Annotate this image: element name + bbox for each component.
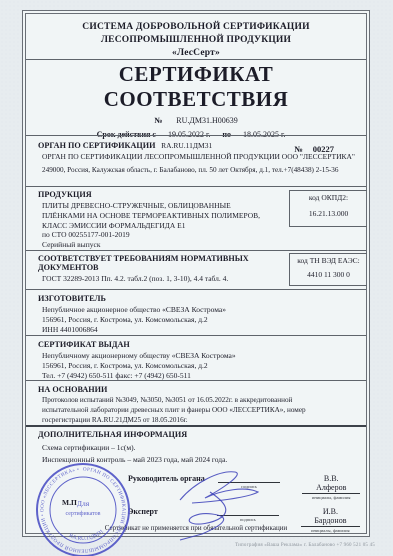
org-heading-row: ОРГАН ПО СЕРТИФИКАЦИИ RA.RU.11ДМ31 xyxy=(38,141,360,150)
tnved-code-label: код ТН ВЭД ЕАЭС: xyxy=(291,256,366,265)
product-description: ПЛИТЫ ДРЕВЕСНО-СТРУЖЕЧНЫЕ, ОБЛИЦОВАННЫЕ … xyxy=(38,201,288,250)
tnved-code-box: код ТН ВЭД ЕАЭС: 4410 11 300 0 xyxy=(289,253,367,286)
head-name: В.В. Алферов xyxy=(302,474,360,494)
certification-system-header: СИСТЕМА ДОБРОВОЛЬНОЙ СЕРТИФИКАЦИИ ЛЕСОПР… xyxy=(26,14,366,59)
head-label: Руководитель органа xyxy=(128,474,218,483)
head-signature-line: подпись xyxy=(218,474,281,489)
system-name-line2: ЛЕСОПРОМЫШЛЕННОЙ ПРОДУКЦИИ xyxy=(26,34,366,47)
certificate-number: RU.ДМ31.Н00639 xyxy=(176,116,237,125)
product-release-type: Серийный выпуск xyxy=(42,240,288,250)
manufacturer-name: Непубличное акционерное общество «СВЕЗА … xyxy=(42,305,360,315)
product-line3: КЛАСС ЭМИССИИ ФОРМАЛЬДЕГИДА Е1 xyxy=(42,221,288,231)
basis-line2: испытательной лаборатории древесных плит… xyxy=(42,406,360,416)
product-standard: по СТО 00255177-001-2019 xyxy=(42,230,288,240)
okpd2-code-box: код ОКПД2: 16.21.13.000 xyxy=(289,190,367,227)
manufacturer-address: 156961, Россия, г. Кострома, ул. Комсомо… xyxy=(42,315,360,325)
certification-body-section: ОРГАН ПО СЕРТИФИКАЦИИ RA.RU.11ДМ31 ОРГАН… xyxy=(26,135,366,186)
product-section: ПРОДУКЦИЯ ПЛИТЫ ДРЕВЕСНО-СТРУЖЕЧНЫЕ, ОБЛ… xyxy=(26,186,366,250)
product-line2: ПЛЁНКАМИ НА ОСНОВЕ ТЕРМОРЕАКТИВНЫХ ПОЛИМ… xyxy=(42,211,288,221)
system-name-line3: «ЛесСерт» xyxy=(26,47,366,60)
product-line1: ПЛИТЫ ДРЕВЕСНО-СТРУЖЕЧНЫЕ, ОБЛИЦОВАННЫЕ xyxy=(42,201,288,211)
compliance-section: СООТВЕТСТВУЕТ ТРЕБОВАНИЯМ НОРМАТИВНЫХ ДО… xyxy=(26,250,366,289)
additional-heading: ДОПОЛНИТЕЛЬНАЯ ИНФОРМАЦИЯ xyxy=(38,430,360,439)
issued-to-details: Непубличному акционерному обществу «СВЕЗ… xyxy=(38,351,360,381)
compliance-standards: ГОСТ 32289-2013 Пп. 4.2. табл.2 (поз. 1,… xyxy=(38,274,288,283)
certificate-border: СИСТЕМА ДОБРОВОЛЬНОЙ СЕРТИФИКАЦИИ ЛЕСОПР… xyxy=(25,13,367,534)
stamp-center-line1: Для xyxy=(77,499,90,508)
tnved-code-value: 4410 11 300 0 xyxy=(291,270,366,279)
certificate-title: СЕРТИФИКАТ СООТВЕТСТВИЯ xyxy=(26,62,366,112)
expert-label: Эксперт xyxy=(128,507,217,516)
stamp-reg-number: RA.RU.11ДМ31 xyxy=(68,528,105,541)
compliance-heading: СООТВЕТСТВУЕТ ТРЕБОВАНИЯМ НОРМАТИВНЫХ ДО… xyxy=(38,254,288,272)
org-name: ОРГАН ПО СЕРТИФИКАЦИИ ЛЕСОПРОМЫШЛЕННОЙ П… xyxy=(38,152,360,161)
basis-details: Протоколов испытаний №3049, №3050, №3051… xyxy=(38,396,360,425)
title-section: СЕРТИФИКАТ СООТВЕТСТВИЯ №RU.ДМ31.Н00639 … xyxy=(26,59,366,135)
stamp-center-line2: сертификатов xyxy=(66,510,101,517)
round-stamp: ОРГАН ПО СЕРТИФИКАЦИИ ЛЕСОПРОМЫШЛЕННОЙ П… xyxy=(34,461,132,556)
manufacturer-section: ИЗГОТОВИТЕЛЬ Непубличное акционерное общ… xyxy=(26,289,366,335)
expert-signature-line: подпись xyxy=(217,507,279,522)
head-name-caption: инициалы, фамилия xyxy=(302,495,360,500)
manufacturer-details: Непубличное акционерное общество «СВЕЗА … xyxy=(38,305,360,335)
issued-to-heading: СЕРТИФИКАТ ВЫДАН xyxy=(38,340,360,349)
basis-line1: Протоколов испытаний №3049, №3050, №3051… xyxy=(42,396,360,406)
expert-signature-rule xyxy=(217,507,279,516)
svg-text:RA.RU.11ДМ31: RA.RU.11ДМ31 xyxy=(68,528,105,541)
basis-section: НА ОСНОВАНИИ Протоколов испытаний №3049,… xyxy=(26,380,366,425)
okpd2-code-value: 16.21.13.000 xyxy=(291,209,366,218)
expert-signature-caption: подпись xyxy=(217,517,279,522)
number-label: № xyxy=(154,116,162,125)
okpd2-code-label: код ОКПД2: xyxy=(291,193,366,202)
head-signature-rule xyxy=(218,474,281,483)
system-name-line1: СИСТЕМА ДОБРОВОЛЬНОЙ СЕРТИФИКАЦИИ xyxy=(26,21,366,34)
manufacturer-inn: ИНН 4401006864 xyxy=(42,325,360,335)
print-shop-credit: Типография «Ваша Реклама» г. Балабаново … xyxy=(235,543,375,548)
issued-to-section: СЕРТИФИКАТ ВЫДАН Непубличному акционерно… xyxy=(26,335,366,380)
org-reg-number: RA.RU.11ДМ31 xyxy=(161,141,212,150)
manufacturer-heading: ИЗГОТОВИТЕЛЬ xyxy=(38,294,360,303)
issued-to-address: 156961, Россия, г. Кострома, ул. Комсомо… xyxy=(42,361,360,371)
issued-to-name: Непубличному акционерному обществу «СВЕЗ… xyxy=(42,351,360,361)
org-address: 249000, Россия, Калужская область, г. Ба… xyxy=(38,166,360,174)
certificate-sheet: СИСТЕМА ДОБРОВОЛЬНОЙ СЕРТИФИКАЦИИ ЛЕСОПР… xyxy=(22,10,370,537)
head-signature-caption: подпись xyxy=(218,484,281,489)
certificate-number-row: №RU.ДМ31.Н00639 xyxy=(26,116,366,125)
org-heading: ОРГАН ПО СЕРТИФИКАЦИИ xyxy=(38,141,155,150)
head-name-block: В.В. Алферов инициалы, фамилия xyxy=(302,474,360,500)
basis-line3: госрегистрации RA.RU.21ДМ25 от 18.05.201… xyxy=(42,416,360,426)
certification-scheme: Схема сертификации – 1с(м). xyxy=(42,442,360,453)
basis-heading: НА ОСНОВАНИИ xyxy=(38,385,360,394)
